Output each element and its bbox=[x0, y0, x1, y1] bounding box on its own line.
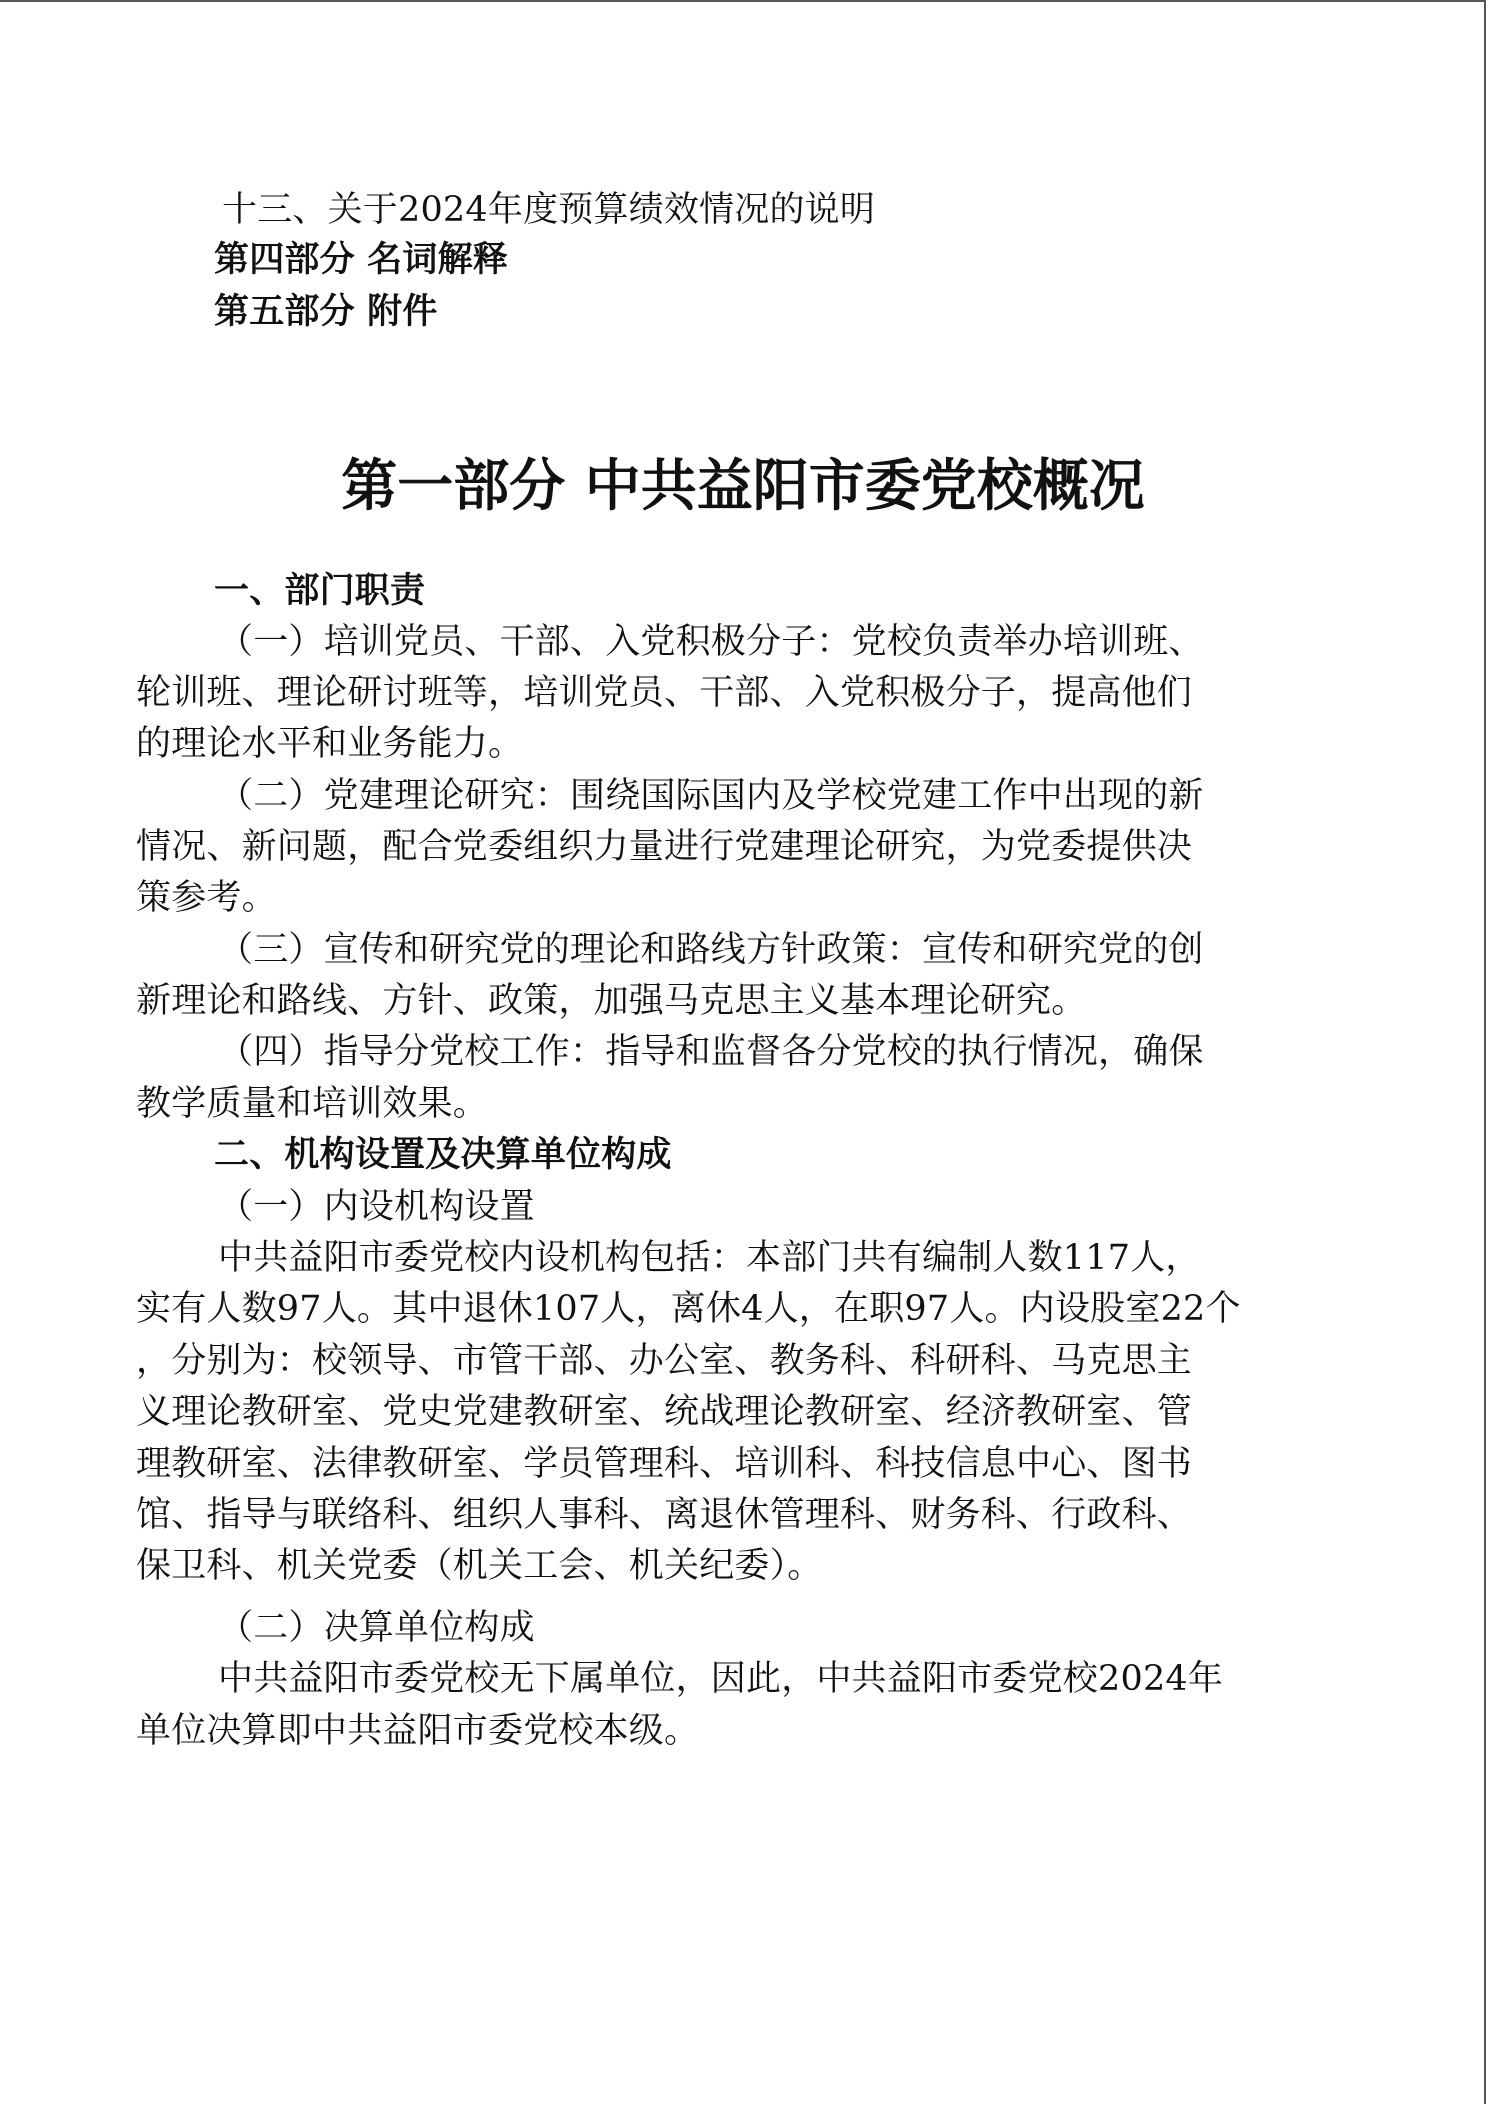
toc-item-13: 十三、关于2024年度预算绩效情况的说明 bbox=[222, 188, 875, 232]
subsection-1-line: 保卫科、机关党委（机关工会、机关纪委）。 bbox=[136, 1544, 823, 1588]
section-1-line: 的理论水平和业务能力。 bbox=[136, 722, 523, 766]
toc-part-4: 第四部分 名词解释 bbox=[214, 238, 508, 282]
toc-part-5: 第五部分 附件 bbox=[214, 290, 438, 334]
subsection-1-heading: （一）内设机构设置 bbox=[218, 1185, 535, 1229]
part-1-title: 第一部分 中共益阳市委党校概况 bbox=[0, 452, 1486, 522]
section-1-line: 策参考。 bbox=[136, 876, 277, 920]
section-1-line: 轮训班、理论研讨班等，培训党员、干部、入党积极分子，提高他们 bbox=[136, 671, 1192, 715]
section-1-line: （二）党建理论研究：围绕国际国内及学校党建工作中出现的新 bbox=[218, 774, 1204, 818]
subsection-1-line: 馆、指导与联络科、组织人事科、离退休管理科、财务科、行政科、 bbox=[136, 1493, 1192, 1537]
section-1-heading: 一、部门职责 bbox=[214, 569, 425, 613]
section-1-line: 教学质量和培训效果。 bbox=[136, 1082, 488, 1126]
section-1-line: （三）宣传和研究党的理论和路线方针政策：宣传和研究党的创 bbox=[218, 928, 1204, 972]
section-1-line: （一）培训党员、干部、入党积极分子：党校负责举办培训班、 bbox=[218, 620, 1204, 664]
section-2-heading: 二、机构设置及决算单位构成 bbox=[214, 1133, 672, 1177]
section-1-line: 情况、新问题，配合党委组织力量进行党建理论研究，为党委提供决 bbox=[136, 825, 1192, 869]
section-1-line: 新理论和路线、方针、政策，加强马克思主义基本理论研究。 bbox=[136, 979, 1086, 1023]
subsection-1-line: 实有人数97人。其中退休107人，离休4人，在职97人。内设股室22个 bbox=[136, 1287, 1241, 1331]
subsection-1-line: ，分别为：校领导、市管干部、办公室、教务科、科研科、马克思主 bbox=[136, 1339, 1192, 1383]
subsection-2-heading: （二）决算单位构成 bbox=[218, 1606, 535, 1650]
subsection-2-line: 中共益阳市委党校无下属单位，因此，中共益阳市委党校2024年 bbox=[218, 1657, 1223, 1701]
subsection-1-line: 中共益阳市委党校内设机构包括：本部门共有编制人数117人， bbox=[218, 1236, 1201, 1280]
subsection-1-line: 理教研室、法律教研室、学员管理科、培训科、科技信息中心、图书 bbox=[136, 1442, 1192, 1486]
document-page: 十三、关于2024年度预算绩效情况的说明 第四部分 名词解释 第五部分 附件 第… bbox=[0, 0, 1486, 2104]
section-1-line: （四）指导分党校工作：指导和监督各分党校的执行情况，确保 bbox=[218, 1030, 1204, 1074]
subsection-2-line: 单位决算即中共益阳市委党校本级。 bbox=[136, 1709, 699, 1753]
subsection-1-line: 义理论教研室、党史党建教研室、统战理论教研室、经济教研室、管 bbox=[136, 1390, 1192, 1434]
